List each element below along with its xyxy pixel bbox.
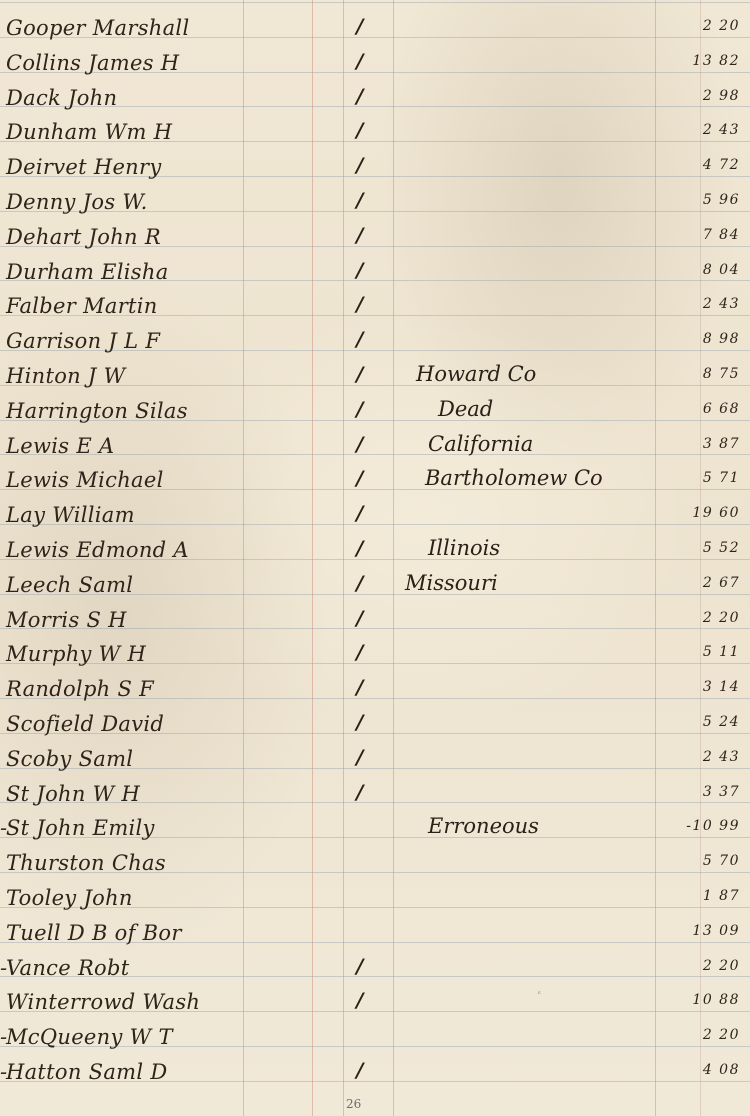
entry-name: Winterrowd Wash bbox=[6, 990, 200, 1014]
tally-mark: / bbox=[356, 954, 363, 978]
entry-amount: 3 14 bbox=[650, 679, 740, 695]
ledger-row: Falber Martin/2 43 bbox=[0, 288, 750, 323]
tally-mark: / bbox=[356, 362, 363, 386]
tally-mark: / bbox=[356, 153, 363, 177]
tally-mark: / bbox=[356, 780, 363, 804]
entry-amount: 5 71 bbox=[650, 470, 740, 486]
tally-mark: / bbox=[356, 223, 363, 247]
entry-note: Illinois bbox=[428, 536, 500, 560]
ledger-row: Gooper Marshall/2 20 bbox=[0, 10, 750, 45]
ledger-row: Hinton J W/Howard Co8 75 bbox=[0, 358, 750, 393]
entry-name: Falber Martin bbox=[6, 294, 158, 318]
tally-mark: / bbox=[356, 571, 363, 595]
ledger-row: Durham Elisha/8 04 bbox=[0, 254, 750, 289]
ledger-row: Dack John/2 98 bbox=[0, 80, 750, 115]
ledger-row: Tooley John1 87 bbox=[0, 880, 750, 915]
ledger-row: Scofield David/5 24 bbox=[0, 706, 750, 741]
entry-amount: 19 60 bbox=[650, 505, 740, 521]
entry-amount: 2 20 bbox=[650, 610, 740, 626]
entry-note: California bbox=[428, 432, 533, 456]
tally-mark: / bbox=[356, 745, 363, 769]
entry-amount: 13 82 bbox=[650, 53, 740, 69]
ledger-row: Dunham Wm H/2 43 bbox=[0, 114, 750, 149]
entry-name: McQueeny W T bbox=[6, 1025, 173, 1049]
entry-amount: 2 20 bbox=[650, 18, 740, 34]
entry-amount: 5 96 bbox=[650, 192, 740, 208]
entry-name: Dehart John R bbox=[6, 225, 161, 249]
ledger-row: Murphy W H/5 11 bbox=[0, 636, 750, 671]
entry-amount: 1 87 bbox=[650, 888, 740, 904]
page-number: 26 bbox=[346, 1097, 361, 1111]
entry-note: Howard Co bbox=[416, 362, 536, 386]
entry-name: Gooper Marshall bbox=[6, 16, 189, 40]
entry-amount: 2 20 bbox=[650, 958, 740, 974]
entry-name: Collins James H bbox=[6, 51, 179, 75]
tally-mark: / bbox=[356, 675, 363, 699]
entry-amount: 4 72 bbox=[650, 157, 740, 173]
ledger-row: Lewis Michael/Bartholomew Co5 71 bbox=[0, 462, 750, 497]
tally-mark: / bbox=[356, 536, 363, 560]
ledger-row: Lay William/19 60 bbox=[0, 497, 750, 532]
entry-name: Scofield David bbox=[6, 712, 164, 736]
ledger-row: Scoby Saml/2 43 bbox=[0, 741, 750, 776]
entry-note: Dead bbox=[438, 397, 493, 421]
tally-mark: / bbox=[356, 640, 363, 664]
entry-name: Morris S H bbox=[6, 608, 127, 632]
tally-mark: / bbox=[356, 292, 363, 316]
entry-amount: 5 52 bbox=[650, 540, 740, 556]
tally-mark: / bbox=[356, 1058, 363, 1082]
entry-amount: 5 11 bbox=[650, 644, 740, 660]
entry-name: St John Emily bbox=[6, 816, 155, 840]
ledger-row: St John EmilyErroneous-10 99 bbox=[0, 810, 750, 845]
entry-amount: 2 67 bbox=[650, 575, 740, 591]
ledger-row: Vance Robt/2 20 bbox=[0, 950, 750, 985]
ledger-row: Morris S H/2 20 bbox=[0, 602, 750, 637]
entry-name: Lay William bbox=[6, 503, 135, 527]
tally-mark: / bbox=[356, 432, 363, 456]
entry-name: Lewis Edmond A bbox=[6, 538, 189, 562]
entry-amount: 5 70 bbox=[650, 853, 740, 869]
ledger-row: Garrison J L F/8 98 bbox=[0, 323, 750, 358]
ledger-row: Randolph S F/3 14 bbox=[0, 671, 750, 706]
entry-name: Deirvet Henry bbox=[6, 155, 162, 179]
entry-name: Scoby Saml bbox=[6, 747, 133, 771]
ink-smudge: ᵋ bbox=[538, 990, 541, 1000]
entry-name: Randolph S F bbox=[6, 677, 154, 701]
entry-amount: 7 84 bbox=[650, 227, 740, 243]
ledger-row: Deirvet Henry/4 72 bbox=[0, 149, 750, 184]
horizontal-rule bbox=[0, 2, 750, 3]
entry-name: St John W H bbox=[6, 782, 140, 806]
entry-amount: 4 08 bbox=[650, 1062, 740, 1078]
tally-mark: / bbox=[356, 327, 363, 351]
entry-name: Hinton J W bbox=[6, 364, 126, 388]
tally-mark: / bbox=[356, 84, 363, 108]
ledger-row: McQueeny W T2 20 bbox=[0, 1019, 750, 1054]
ledger-row: Hatton Saml D/4 08 bbox=[0, 1054, 750, 1089]
ledger-row: Lewis Edmond A/Illinois5 52 bbox=[0, 532, 750, 567]
tally-mark: / bbox=[356, 466, 363, 490]
tally-mark: / bbox=[356, 258, 363, 282]
entry-note: Missouri bbox=[405, 571, 498, 595]
entry-amount: 2 43 bbox=[650, 296, 740, 312]
entry-amount: -10 99 bbox=[650, 818, 740, 834]
ledger-row: Winterrowd Wash/10 88 bbox=[0, 984, 750, 1019]
ledger-row: Leech Saml/Missouri2 67 bbox=[0, 567, 750, 602]
entry-name: Dack John bbox=[6, 86, 117, 110]
entry-name: Lewis Michael bbox=[6, 468, 164, 492]
ledger-row: Denny Jos W./5 96 bbox=[0, 184, 750, 219]
entry-amount: 3 37 bbox=[650, 784, 740, 800]
entry-name: Dunham Wm H bbox=[6, 120, 172, 144]
entry-amount: 10 88 bbox=[650, 992, 740, 1008]
entry-note: Erroneous bbox=[428, 814, 539, 838]
entry-name: Garrison J L F bbox=[6, 329, 160, 353]
tally-mark: / bbox=[356, 710, 363, 734]
entry-amount: 2 43 bbox=[650, 749, 740, 765]
entry-name: Vance Robt bbox=[6, 956, 129, 980]
entry-name: Harrington Silas bbox=[6, 399, 188, 423]
entry-name: Tooley John bbox=[6, 886, 133, 910]
ledger-row: Thurston Chas5 70 bbox=[0, 845, 750, 880]
tally-mark: / bbox=[356, 49, 363, 73]
entry-amount: 2 43 bbox=[650, 122, 740, 138]
entry-amount: 2 98 bbox=[650, 88, 740, 104]
entry-name: Lewis E A bbox=[6, 434, 114, 458]
entry-amount: 8 75 bbox=[650, 366, 740, 382]
ledger-row: Dehart John R/7 84 bbox=[0, 219, 750, 254]
entry-name: Hatton Saml D bbox=[6, 1060, 168, 1084]
tally-mark: / bbox=[356, 501, 363, 525]
ledger-row: Collins James H/13 82 bbox=[0, 45, 750, 80]
ledger-row: Harrington Silas/Dead6 68 bbox=[0, 393, 750, 428]
entry-amount: 5 24 bbox=[650, 714, 740, 730]
entry-name: Tuell D B of Bor bbox=[6, 921, 182, 945]
entry-name: Murphy W H bbox=[6, 642, 146, 666]
tally-mark: / bbox=[356, 118, 363, 142]
ledger-row: Lewis E A/California3 87 bbox=[0, 428, 750, 463]
entry-amount: 6 68 bbox=[650, 401, 740, 417]
ledger-page: Gooper Marshall/2 20Collins James H/13 8… bbox=[0, 0, 750, 1116]
entry-note: Bartholomew Co bbox=[425, 466, 603, 490]
entry-name: Leech Saml bbox=[6, 573, 133, 597]
tally-mark: / bbox=[356, 988, 363, 1012]
entry-amount: 8 04 bbox=[650, 262, 740, 278]
tally-mark: / bbox=[356, 397, 363, 421]
entry-name: Thurston Chas bbox=[6, 851, 166, 875]
ledger-row: St John W H/3 37 bbox=[0, 776, 750, 811]
tally-mark: / bbox=[356, 606, 363, 630]
entry-amount: 8 98 bbox=[650, 331, 740, 347]
ledger-row: Tuell D B of Bor13 09 bbox=[0, 915, 750, 950]
entry-amount: 3 87 bbox=[650, 436, 740, 452]
tally-mark: / bbox=[356, 14, 363, 38]
entry-amount: 2 20 bbox=[650, 1027, 740, 1043]
tally-mark: / bbox=[356, 188, 363, 212]
entry-name: Denny Jos W. bbox=[6, 190, 148, 214]
entry-name: Durham Elisha bbox=[6, 260, 169, 284]
entry-amount: 13 09 bbox=[650, 923, 740, 939]
